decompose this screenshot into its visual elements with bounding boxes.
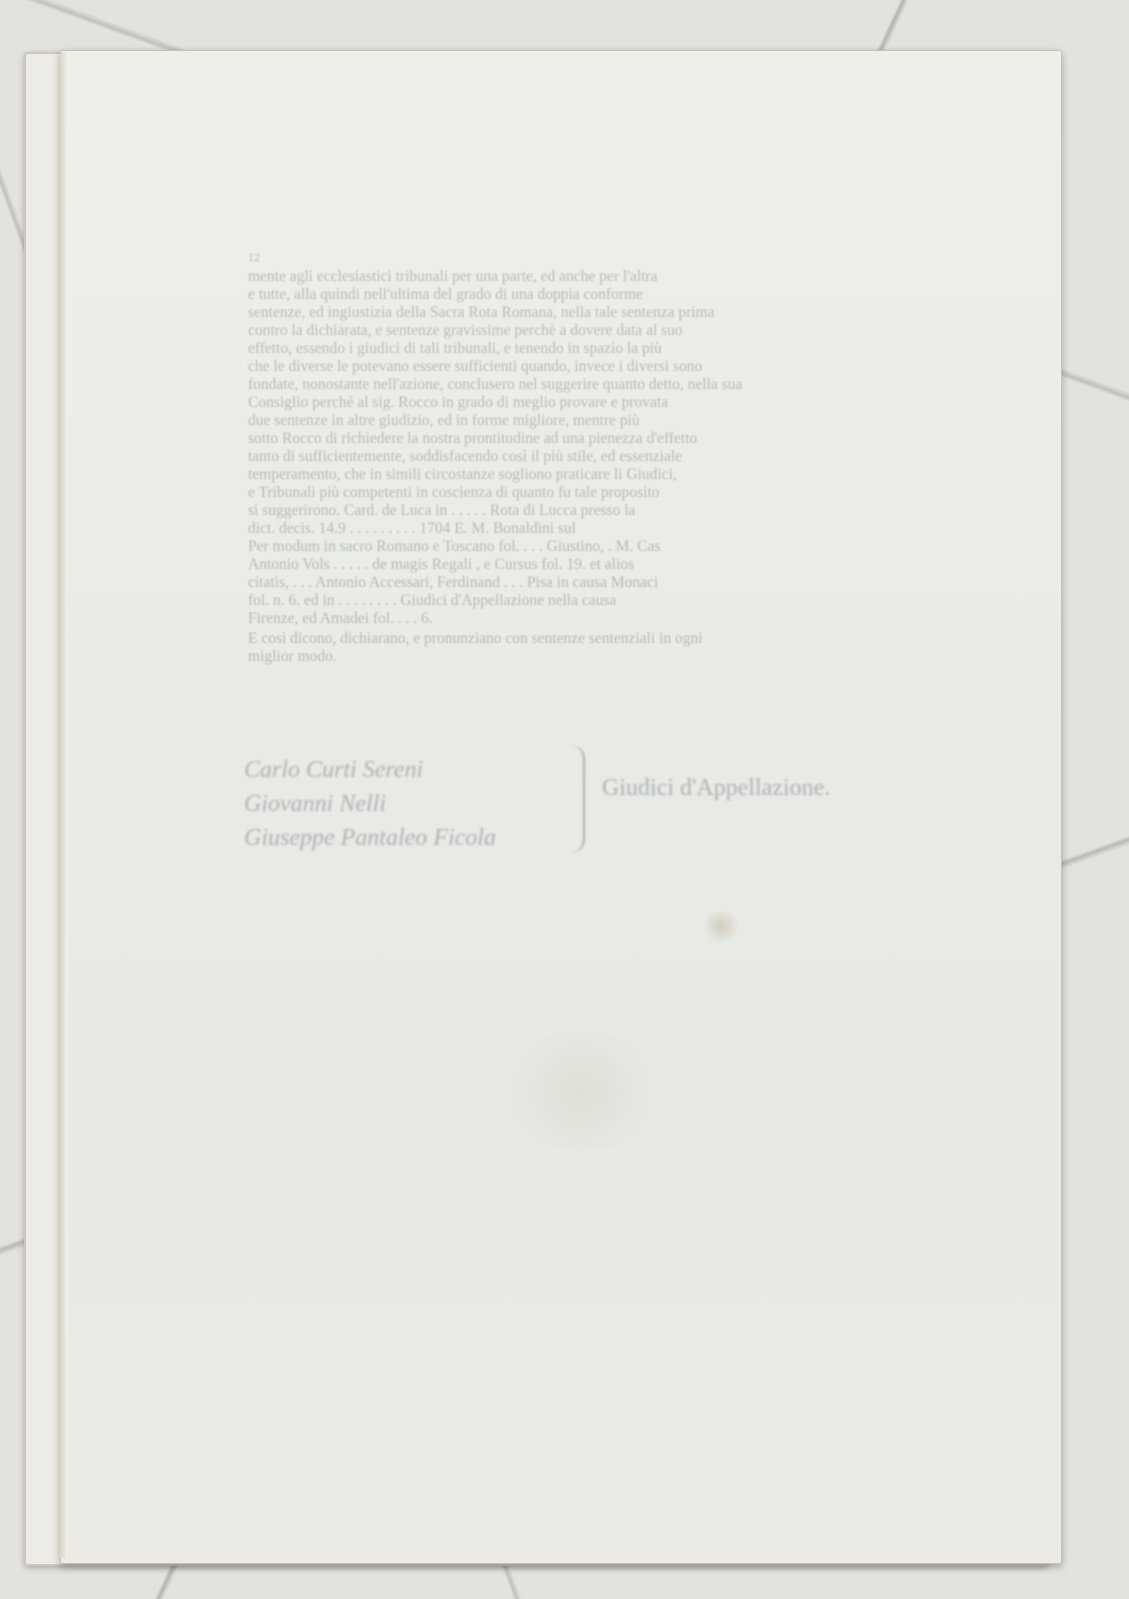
closing-line: E così dicono, dichiarano, e pronunziano… bbox=[248, 630, 928, 648]
bleed-through-text: 12 mente agli ecclesiastici tribunali pe… bbox=[248, 248, 928, 666]
brace bbox=[569, 745, 585, 853]
closing-text: E così dicono, dichiarano, e pronunziano… bbox=[248, 630, 928, 666]
text-line: citatis, . . . Antonio Accessari, Ferdin… bbox=[248, 574, 928, 592]
text-line: mente agli ecclesiastici tribunali per u… bbox=[248, 268, 928, 286]
text-line: contro la dichiarata, e sentenze graviss… bbox=[248, 322, 928, 340]
text-line: temperamento, che in simili circostanze … bbox=[248, 466, 928, 484]
text-line: fondate, nonostante nell'azione, conclus… bbox=[248, 376, 928, 394]
text-line: Per modum in sacro Romano e Toscano fol.… bbox=[248, 538, 928, 556]
text-line: tanto di sufficientemente, soddisfacendo… bbox=[248, 448, 928, 466]
text-line: sotto Rocco di richiedere la nostra pron… bbox=[248, 430, 928, 448]
text-line: Antonio Vols . . . . . de magis Regali ,… bbox=[248, 556, 928, 574]
closing-line: miglior modo. bbox=[248, 648, 928, 666]
text-line: effetto, essendo i giudici di tali tribu… bbox=[248, 340, 928, 358]
text-line: Firenze, ed Amadei fol. . . . 6. bbox=[248, 610, 928, 628]
body-text: mente agli ecclesiastici tribunali per u… bbox=[248, 268, 928, 628]
signatory-name: Giuseppe Pantaleo Ficola bbox=[244, 821, 496, 855]
text-line: dict. decis. 14.9 . . . . . . . . . 1704… bbox=[248, 520, 928, 538]
paper-stain bbox=[491, 1031, 671, 1151]
text-line: Consiglio perché al sig. Rocco in grado … bbox=[248, 394, 928, 412]
signatory-name: Giovanni Nelli bbox=[244, 787, 496, 821]
signatory-names: Carlo Curti SereniGiovanni NelliGiuseppe… bbox=[244, 753, 496, 855]
page-fold-edge bbox=[60, 52, 68, 1558]
text-line: e tutte, alla quindi nell'ultima del gra… bbox=[248, 286, 928, 304]
page-number: 12 bbox=[248, 248, 928, 266]
text-line: fol. n. 6. ed in . . . . . . . . Giudici… bbox=[248, 592, 928, 610]
signatory-name: Carlo Curti Sereni bbox=[244, 753, 496, 787]
signature-block: Carlo Curti SereniGiovanni NelliGiuseppe… bbox=[244, 745, 944, 865]
text-line: che le diverse le potevano essere suffic… bbox=[248, 358, 928, 376]
text-line: due sentenze in altre giudizio, ed in fo… bbox=[248, 412, 928, 430]
signatory-title: Giudici d'Appellazione. bbox=[602, 775, 830, 802]
paper-stain bbox=[701, 911, 741, 941]
text-line: e Tribunali più competenti in coscienza … bbox=[248, 484, 928, 502]
text-line: si suggerirono. Card. de Luca in . . . .… bbox=[248, 502, 928, 520]
text-line: sentenze, ed ingiustizia della Sacra Rot… bbox=[248, 304, 928, 322]
